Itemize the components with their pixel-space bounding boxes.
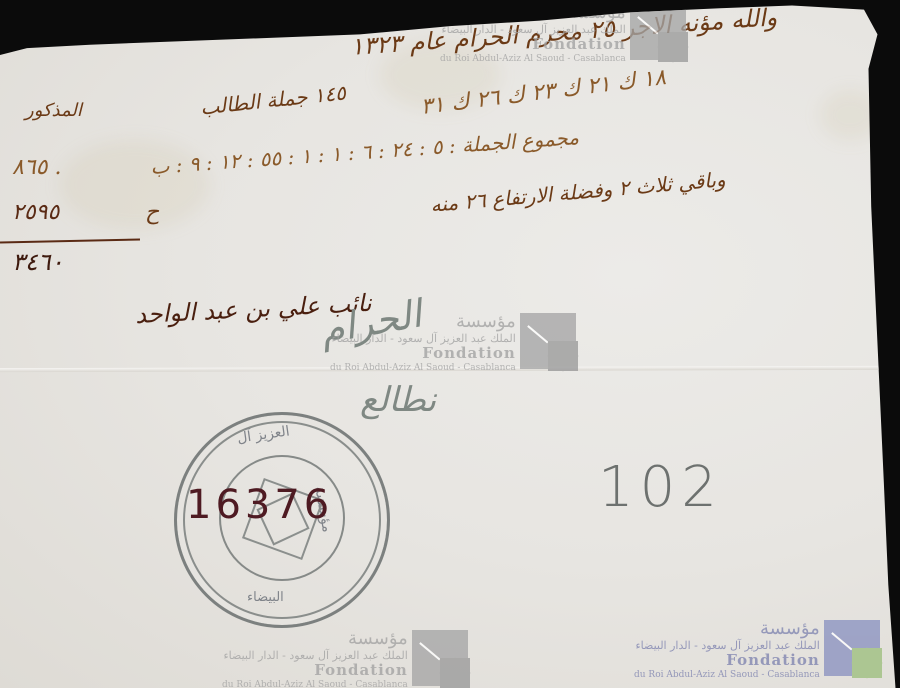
folio-number: 102 — [598, 455, 723, 520]
watermark-top: مؤسسة الملك عبد العزيز آل سعود - الدار ا… — [440, 4, 686, 64]
foundation-logo-icon — [412, 630, 468, 686]
manuscript-page: والله مؤنه الاجر ٢٥ محرم الحرام عام ١٣٢٣… — [0, 0, 900, 688]
watermark-arabic-subtitle: الملك عبد العزيز آل سعود - الدار البيضاء — [634, 640, 820, 651]
foundation-logo-icon — [630, 4, 686, 60]
watermark-bottom: مؤسسة الملك عبد العزيز آل سعود - الدار ا… — [222, 630, 468, 688]
foundation-logo-icon — [824, 620, 880, 676]
stamp-text-bottom: البيضاء — [247, 590, 284, 605]
sum-rule — [0, 239, 140, 244]
watermark-arabic-title: مؤسسة — [634, 620, 820, 638]
watermark-french-title: Fondation — [634, 653, 820, 668]
line-mark: ح — [145, 200, 159, 225]
watermark-arabic-title: مؤسسة — [222, 630, 408, 648]
margin-sum-top: ٨٦٥ . — [12, 155, 61, 180]
margin-label: المذكور — [25, 100, 82, 121]
watermark-french-subtitle: du Roi Abdul-Aziz Al Saoud - Casablanca — [440, 55, 626, 64]
watermark-french-title: Fondation — [222, 663, 408, 678]
totals-line: مجموع الجملة : ٥ : ٢٤ : ٦ : ١ : ١ : ٥٥ :… — [150, 125, 580, 179]
subject-line: ١٤٥ جملة الطالب — [199, 80, 347, 119]
watermark-french-title: Fondation — [330, 346, 516, 361]
watermark-arabic-subtitle: الملك عبد العزيز آل سعود - الدار البيضاء — [222, 650, 408, 661]
remainder-line: وباقي ثلاث ٢ وفضلة الارتفاع ٢٦ منه — [430, 167, 727, 217]
watermark-french-title: Fondation — [440, 37, 626, 52]
margin-sum-middle: ٢٥٩٥ — [12, 200, 59, 225]
watermark-french-subtitle: du Roi Abdul-Aziz Al Saoud - Casablanca — [634, 671, 820, 680]
watermark-arabic-subtitle: الملك عبد العزيز آل سعود - الدار البيضاء — [330, 333, 516, 344]
watermark-bottom-right: مؤسسة الملك عبد العزيز آل سعود - الدار ا… — [634, 620, 880, 680]
watermark-arabic-title: مؤسسة — [330, 313, 516, 331]
watermark-arabic-title: مؤسسة — [440, 4, 626, 22]
paper-stain — [820, 90, 880, 140]
stamp-text-top: العزيز آل — [236, 423, 290, 446]
watermark-french-subtitle: du Roi Abdul-Aziz Al Saoud - Casablanca — [222, 681, 408, 688]
watermark-center: مؤسسة الملك عبد العزيز آل سعود - الدار ا… — [330, 313, 576, 373]
watermark-arabic-subtitle: الملك عبد العزيز آل سعود - الدار البيضاء — [440, 24, 626, 35]
margin-sum-total: ٣٤٦٠ — [12, 248, 64, 276]
inventory-number: 16376 — [186, 482, 333, 528]
watermark-french-subtitle: du Roi Abdul-Aziz Al Saoud - Casablanca — [330, 364, 516, 373]
foundation-logo-icon — [520, 313, 576, 369]
pencil-note: نطالع — [360, 380, 436, 420]
